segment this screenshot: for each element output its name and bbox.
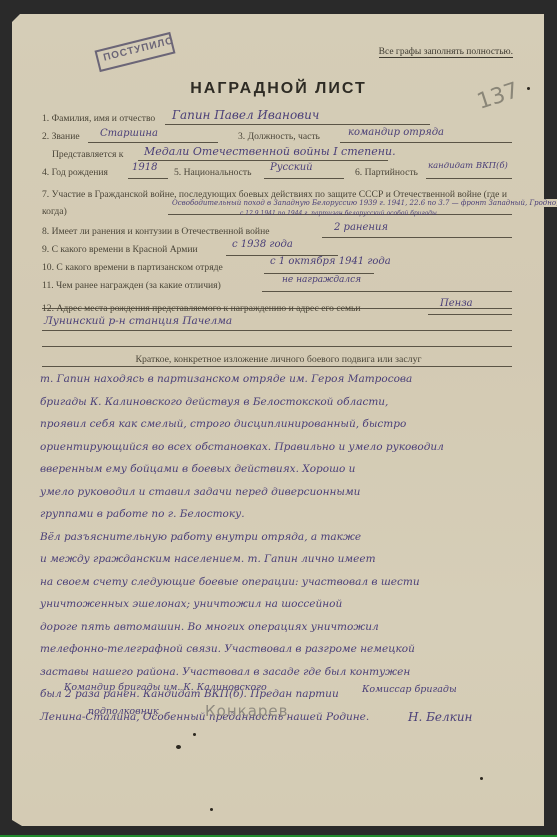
narrative-line: Вёл разъяснительную работу внутри отряда… [40, 526, 444, 549]
field-value-birth-year: 1918 [132, 162, 157, 173]
field-line [428, 314, 512, 315]
field-line [88, 142, 218, 143]
field-value-address-2: Лунинский р-н станция Пачелма [44, 315, 232, 327]
signature-left-rank: подполковник [88, 706, 159, 717]
field-label-partisan: 10. С какого времени в партизанском отря… [42, 262, 223, 273]
field-label-wounds: 8. Имеет ли ранения и контузии в Отечест… [42, 226, 269, 237]
field-line [340, 142, 512, 143]
narrative-line: уничтоженных эшелонах; уничтожил на шосс… [40, 593, 444, 616]
section-heading: Краткое, конкретное изложение личного бо… [0, 354, 557, 365]
narrative-line: проявил себя как смелый, строго дисципли… [40, 413, 444, 436]
narrative-line: и между гражданским населением. т. Гапин… [40, 548, 444, 571]
field-value-position: командир отряда [348, 127, 444, 138]
ink-spot [210, 808, 213, 811]
field-line [426, 178, 512, 179]
narrative-line: бригады К. Калиновского действуя в Белос… [40, 391, 444, 414]
narrative-line: ориентирующийся во всех обстановках. Пра… [40, 436, 444, 459]
signature-left-title: Командир бригады им. К. Калиновского [64, 682, 267, 693]
instruction-note: Все графы заполнять полностью. [379, 47, 513, 58]
field-label-address: 12. Адрес места рождения представляемого… [42, 303, 361, 314]
field-value-prior-awards: не награждался [282, 275, 361, 285]
narrative-line: на своем счету следующие боевые операции… [40, 571, 444, 594]
field-value-partisan: с 1 октября 1941 года [270, 256, 391, 267]
field-line [264, 178, 344, 179]
signature-right-title: Комиссар бригады [362, 684, 457, 695]
field-value-party: кандидат ВКП(б) [428, 161, 508, 171]
field-value-wounds: 2 ранения [334, 222, 388, 233]
ink-spot [527, 87, 530, 90]
field-value-award: Медали Отечественной войны I степени. [144, 145, 396, 158]
field-label-nominated: Представляется к [52, 149, 123, 160]
ink-spot [480, 777, 483, 780]
field-label-name: 1. Фамилия, имя и отчество [42, 113, 155, 124]
signature-left-name: Конкарев [205, 702, 288, 720]
field-value-red-army: с 1938 года [232, 239, 293, 250]
field-line [42, 330, 512, 331]
document-title: НАГРАДНОЙ ЛИСТ [0, 80, 557, 98]
narrative-line: телефонно-телеграфной связи. Участвовал … [40, 638, 444, 661]
field-value-war-participation: Освободительный поход в Западную Белорус… [172, 199, 557, 207]
field-value-name: Гапин Павел Иванович [172, 108, 319, 122]
narrative-line: группами в работе по г. Белостоку. [40, 503, 444, 526]
field-label-birth-year: 4. Год рождения [42, 167, 108, 178]
field-line [264, 273, 374, 274]
field-value-rank: Старшина [100, 128, 158, 139]
section-underline [42, 366, 512, 367]
narrative-text: т. Гапин находясь в партизанском отряде … [40, 368, 444, 728]
field-line [165, 124, 430, 125]
field-label-position: 3. Должность, часть [238, 131, 320, 142]
narrative-line: вверенным ему бойцами в боевых действиях… [40, 458, 444, 481]
field-line [128, 178, 168, 179]
signature-right: Н. Белкин [408, 710, 472, 724]
ink-spot [193, 733, 196, 736]
field-value-address: Пенза [440, 298, 473, 309]
ink-spot [176, 745, 181, 749]
field-line [262, 291, 512, 292]
field-label-party: 6. Партийность [355, 167, 418, 178]
field-value-nationality: Русский [270, 162, 313, 173]
narrative-line: умело руководил и ставил задачи перед ди… [40, 481, 444, 504]
field-line [138, 160, 388, 161]
field-label-prior-awards: 11. Чем ранее награжден (за какие отличи… [42, 280, 221, 291]
field-line [322, 237, 512, 238]
narrative-line: дороге пять автомашин. Во многих операци… [40, 616, 444, 639]
field-line [42, 346, 512, 347]
field-value-war-participation-2: с 12.9.1941 по 1944 г. партизан белорусс… [240, 210, 437, 217]
narrative-line: т. Гапин находясь в партизанском отряде … [40, 368, 444, 391]
narrative-line: заставы нашего района. Участвовал в заса… [40, 661, 444, 684]
field-label-red-army: 9. С какого времени в Красной Армии [42, 244, 198, 255]
field-label-rank: 2. Звание [42, 131, 80, 142]
field-label-nationality: 5. Национальность [174, 167, 251, 178]
